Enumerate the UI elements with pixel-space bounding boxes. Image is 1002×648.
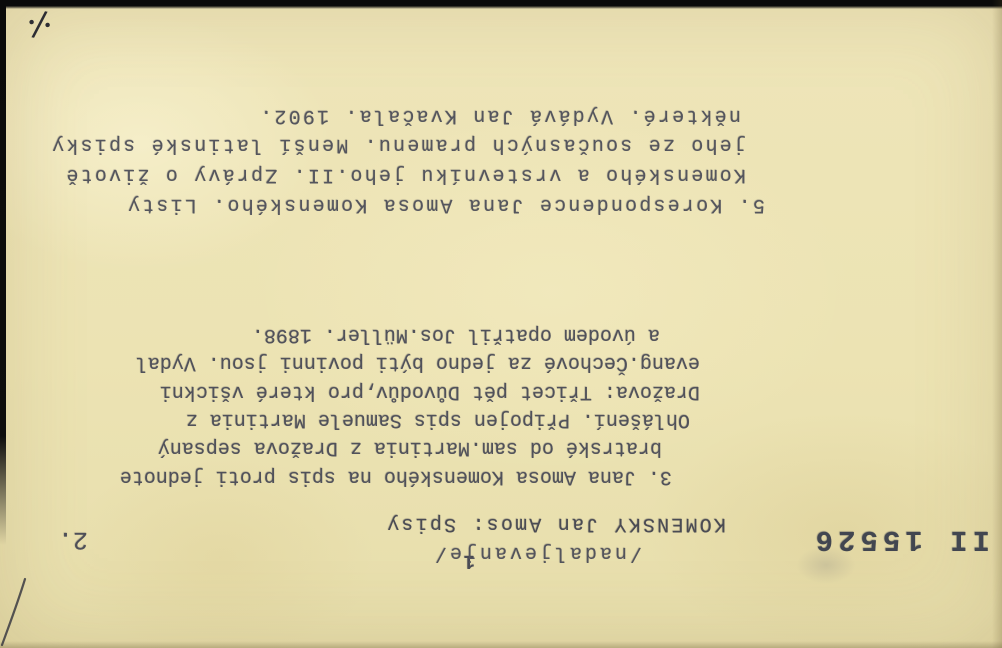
- card-content-upside-down: II 15526 1 /nadaljevanje/ 2. KOMENSKY Ja…: [0, 0, 1002, 648]
- entry-3-line: bratrské od sam.Martinia z Dražova sepsa…: [158, 435, 662, 459]
- entry-5-line: 5. Korespondence Jana Amosa Komenského. …: [126, 192, 765, 216]
- catalog-card-scan: II 15526 1 /nadaljevanje/ 2. KOMENSKY Ja…: [0, 0, 1002, 648]
- corner-card-number: 2.: [58, 525, 88, 554]
- entry-3-line: Dražova: Třicet pět Důvodův,pro které vš…: [160, 379, 700, 403]
- entry-3-line: a úvodem opatřil Jos.Müller. 1898.: [252, 322, 660, 346]
- entry-5-line: Komenského a vrstevníku jeho.II. Zprávy …: [64, 162, 746, 186]
- entry-5-line: jeho ze současných pramenu. Menší latins…: [50, 132, 746, 156]
- entry-3-line: 3. Jana Amosa Komenského na spis proti j…: [120, 464, 672, 488]
- call-number: II 15526: [811, 523, 990, 556]
- entry-3-line: Ohlášení. Připojen spis Samuele Martinia…: [186, 407, 690, 431]
- entry-5-line: některé. Vydává Jan Kvačala. 1902.: [258, 103, 741, 127]
- continuation-label: /nadaljevanje/: [432, 541, 642, 564]
- entry-3-line: evang.Čechové za jedno býti povinni jsou…: [136, 350, 700, 374]
- card-heading: KOMENSKY Jan Amos: Spisy: [385, 512, 726, 535]
